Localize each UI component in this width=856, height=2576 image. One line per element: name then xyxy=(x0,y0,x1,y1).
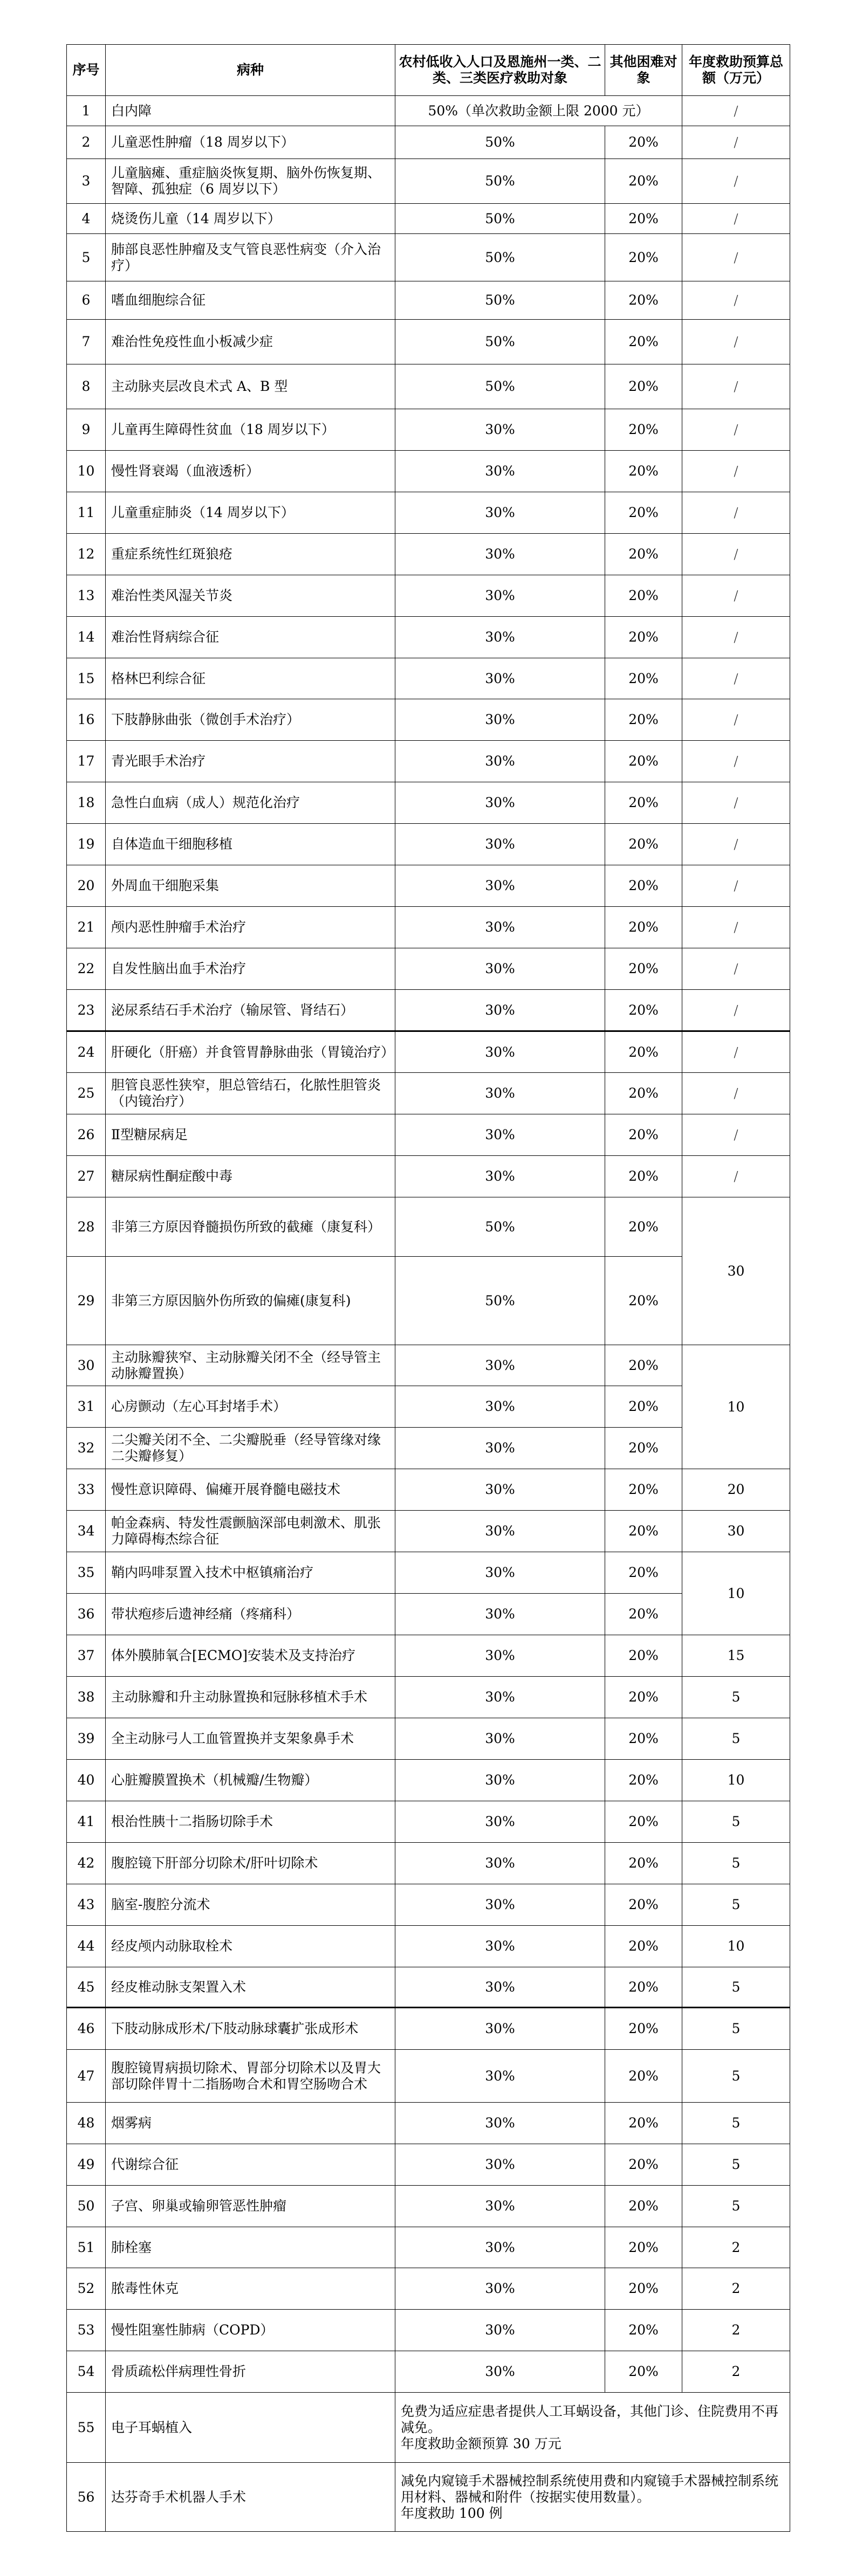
annual-budget-cell: 20 xyxy=(682,1469,790,1511)
budget-not-applicable-cell: / xyxy=(682,617,790,658)
low-income-rate-cell: 30% xyxy=(395,865,605,907)
low-income-rate-cell: 30% xyxy=(395,741,605,782)
serial-number-cell: 28 xyxy=(67,1197,106,1257)
serial-number-cell: 31 xyxy=(67,1386,106,1428)
budget-not-applicable-cell: / xyxy=(682,741,790,782)
budget-not-applicable-cell: / xyxy=(682,451,790,492)
disease-name-cell: 二尖瓣关闭不全、二尖瓣脱垂（经导管缘对缘二尖瓣修复） xyxy=(106,1428,395,1469)
budget-not-applicable-cell: / xyxy=(682,96,790,126)
low-income-rate-cell: 30% xyxy=(395,2103,605,2144)
low-income-rate-cell: 30% xyxy=(395,1926,605,1967)
table-row: 21颅内恶性肿瘤手术治疗30%20%/ xyxy=(67,907,790,948)
serial-number-cell: 27 xyxy=(67,1156,106,1197)
low-income-rate-cell: 30% xyxy=(395,1594,605,1635)
annual-budget-cell: 5 xyxy=(682,2008,790,2050)
serial-number-cell: 4 xyxy=(67,204,106,234)
serial-number-cell: 39 xyxy=(67,1718,106,1760)
other-hardship-rate-cell: 20% xyxy=(605,1967,682,2008)
serial-number-cell: 10 xyxy=(67,451,106,492)
disease-name-cell: Ⅱ型糖尿病足 xyxy=(106,1114,395,1156)
disease-name-cell: 带状疱疹后遗神经痛（疼痛科） xyxy=(106,1594,395,1635)
low-income-rate-cell: 50% xyxy=(395,281,605,320)
medical-assistance-table: 序号 病种 农村低收入人口及恩施州一类、二类、三类医疗救助对象 其他困难对象 年… xyxy=(66,44,790,2532)
header-other-hardship-rate: 其他困难对象 xyxy=(605,45,682,96)
low-income-rate-cell: 30% xyxy=(395,1031,605,1073)
budget-not-applicable-cell: / xyxy=(682,492,790,534)
annual-budget-cell: 2 xyxy=(682,2310,790,2351)
annual-budget-cell: 5 xyxy=(682,1801,790,1843)
disease-name-cell: 慢性阻塞性肺病（COPD） xyxy=(106,2310,395,2351)
serial-number-cell: 49 xyxy=(67,2144,106,2186)
table-row: 48烟雾病30%20%5 xyxy=(67,2103,790,2144)
low-income-rate-cell: 50% xyxy=(395,1257,605,1345)
budget-not-applicable-cell: / xyxy=(682,824,790,865)
serial-number-cell: 23 xyxy=(67,990,106,1031)
serial-number-cell: 35 xyxy=(67,1552,106,1594)
low-income-rate-cell: 30% xyxy=(395,824,605,865)
policy-note-line: 年度救助 100 例 xyxy=(401,2505,784,2522)
table-row: 54骨质疏松伴病理性骨折30%20%2 xyxy=(67,2351,790,2393)
low-income-rate-cell: 30% xyxy=(395,1345,605,1386)
low-income-rate-cell: 30% xyxy=(395,617,605,658)
serial-number-cell: 16 xyxy=(67,699,106,741)
serial-number-cell: 1 xyxy=(67,96,106,126)
budget-not-applicable-cell: / xyxy=(682,658,790,699)
low-income-rate-cell: 30% xyxy=(395,699,605,741)
serial-number-cell: 29 xyxy=(67,1257,106,1345)
other-hardship-rate-cell: 20% xyxy=(605,320,682,364)
serial-number-cell: 2 xyxy=(67,126,106,159)
table-row: 4烧烫伤儿童（14 周岁以下）50%20%/ xyxy=(67,204,790,234)
table-row: 9儿童再生障碍性贫血（18 周岁以下）30%20%/ xyxy=(67,409,790,451)
low-income-rate-cell: 30% xyxy=(395,1635,605,1677)
serial-number-cell: 42 xyxy=(67,1843,106,1884)
serial-number-cell: 37 xyxy=(67,1635,106,1677)
other-hardship-rate-cell: 20% xyxy=(605,364,682,409)
disease-name-cell: 心脏瓣膜置换术（机械瓣/生物瓣） xyxy=(106,1760,395,1801)
low-income-rate-cell: 50% xyxy=(395,204,605,234)
low-income-rate-cell: 30% xyxy=(395,1073,605,1114)
low-income-rate-cell: 30% xyxy=(395,948,605,990)
table-row: 18急性白血病（成人）规范化治疗30%20%/ xyxy=(67,782,790,824)
budget-not-applicable-cell: / xyxy=(682,126,790,159)
low-income-rate-cell: 50% xyxy=(395,126,605,159)
budget-not-applicable-cell: / xyxy=(682,782,790,824)
disease-name-cell: 达芬奇手术机器人手术 xyxy=(106,2463,395,2532)
budget-not-applicable-cell: / xyxy=(682,281,790,320)
annual-budget-cell: 5 xyxy=(682,2103,790,2144)
low-income-rate-cell: 30% xyxy=(395,2268,605,2310)
serial-number-cell: 44 xyxy=(67,1926,106,1967)
other-hardship-rate-cell: 20% xyxy=(605,451,682,492)
budget-not-applicable-cell: / xyxy=(682,204,790,234)
serial-number-cell: 51 xyxy=(67,2227,106,2268)
disease-name-cell: 腹腔镜下肝部分切除术/肝叶切除术 xyxy=(106,1843,395,1884)
budget-not-applicable-cell: / xyxy=(682,907,790,948)
annual-budget-cell: 10 xyxy=(682,1926,790,1967)
low-income-rate-cell: 30% xyxy=(395,1677,605,1718)
low-income-rate-cell: 30% xyxy=(395,1760,605,1801)
serial-number-cell: 36 xyxy=(67,1594,106,1635)
table-row: 15格林巴利综合征30%20%/ xyxy=(67,658,790,699)
low-income-rate-cell: 30% xyxy=(395,409,605,451)
low-income-rate-cell: 30% xyxy=(395,1386,605,1428)
table-row: 34帕金森病、特发性震颤脑深部电刺激术、肌张力障碍梅杰综合征30%20%30 xyxy=(67,1511,790,1552)
disease-name-cell: 脑室-腹腔分流术 xyxy=(106,1884,395,1926)
disease-name-cell: 胆管良恶性狭窄，胆总管结石，化脓性胆管炎（内镜治疗） xyxy=(106,1073,395,1114)
disease-name-cell: 外周血干细胞采集 xyxy=(106,865,395,907)
other-hardship-rate-cell: 20% xyxy=(605,1843,682,1884)
other-hardship-rate-cell: 20% xyxy=(605,1031,682,1073)
serial-number-cell: 50 xyxy=(67,2186,106,2227)
serial-number-cell: 14 xyxy=(67,617,106,658)
serial-number-cell: 33 xyxy=(67,1469,106,1511)
table-row: 12重症系统性红斑狼疮30%20%/ xyxy=(67,534,790,575)
disease-name-cell: 肝硬化（肝癌）并食管胃静脉曲张（胃镜治疗） xyxy=(106,1031,395,1073)
disease-name-cell: 经皮椎动脉支架置入术 xyxy=(106,1967,395,2008)
table-body: 1白内障50%（单次救助金额上限 2000 元）/2儿童恶性肿瘤（18 周岁以下… xyxy=(67,96,790,2532)
low-income-rate-cell: 50% xyxy=(395,320,605,364)
other-hardship-rate-cell: 20% xyxy=(605,1635,682,1677)
other-hardship-rate-cell: 20% xyxy=(605,907,682,948)
budget-not-applicable-cell: / xyxy=(682,699,790,741)
other-hardship-rate-cell: 20% xyxy=(605,1884,682,1926)
disease-name-cell: 子宫、卵巢或输卵管恶性肿瘤 xyxy=(106,2186,395,2227)
table-row: 51肺栓塞30%20%2 xyxy=(67,2227,790,2268)
serial-number-cell: 15 xyxy=(67,658,106,699)
low-income-rate-cell: 30% xyxy=(395,1884,605,1926)
other-hardship-rate-cell: 20% xyxy=(605,1073,682,1114)
serial-number-cell: 46 xyxy=(67,2008,106,2050)
annual-budget-cell: 2 xyxy=(682,2227,790,2268)
annual-budget-cell: 15 xyxy=(682,1635,790,1677)
disease-name-cell: 慢性意识障碍、偏瘫开展脊髓电磁技术 xyxy=(106,1469,395,1511)
low-income-rate-cell: 30% xyxy=(395,2144,605,2186)
low-income-rate-cell: 30% xyxy=(395,575,605,617)
annual-budget-cell: 5 xyxy=(682,1967,790,2008)
serial-number-cell: 40 xyxy=(67,1760,106,1801)
disease-name-cell: 腹腔镜胃病损切除术、胃部分切除术以及胃大部切除伴胃十二指肠吻合术和胃空肠吻合术 xyxy=(106,2050,395,2103)
disease-name-cell: 儿童脑瘫、重症脑炎恢复期、脑外伤恢复期、智障、孤独症（6 周岁以下） xyxy=(106,159,395,204)
table-row: 44经皮颅内动脉取栓术30%20%10 xyxy=(67,1926,790,1967)
other-hardship-rate-cell: 20% xyxy=(605,2144,682,2186)
disease-name-cell: 电子耳蜗植入 xyxy=(106,2393,395,2463)
other-hardship-rate-cell: 20% xyxy=(605,1114,682,1156)
disease-name-cell: 下肢静脉曲张（微创手术治疗） xyxy=(106,699,395,741)
disease-name-cell: 肺栓塞 xyxy=(106,2227,395,2268)
low-income-rate-cell: 30% xyxy=(395,2008,605,2050)
serial-number-cell: 5 xyxy=(67,234,106,281)
serial-number-cell: 12 xyxy=(67,534,106,575)
table-row: 22自发性脑出血手术治疗30%20%/ xyxy=(67,948,790,990)
table-row: 38主动脉瓣和升主动脉置换和冠脉移植术手术30%20%5 xyxy=(67,1677,790,1718)
serial-number-cell: 30 xyxy=(67,1345,106,1386)
other-hardship-rate-cell: 20% xyxy=(605,1926,682,1967)
low-income-rate-cell: 30% xyxy=(395,1156,605,1197)
serial-number-cell: 17 xyxy=(67,741,106,782)
serial-number-cell: 54 xyxy=(67,2351,106,2393)
table-row: 14难治性肾病综合征30%20%/ xyxy=(67,617,790,658)
other-hardship-rate-cell: 20% xyxy=(605,126,682,159)
other-hardship-rate-cell: 20% xyxy=(605,782,682,824)
low-income-rate-cell: 30% xyxy=(395,2050,605,2103)
other-hardship-rate-cell: 20% xyxy=(605,1677,682,1718)
table-row: 29非第三方原因脑外伤所致的偏瘫(康复科)50%20% xyxy=(67,1257,790,1345)
other-hardship-rate-cell: 20% xyxy=(605,1386,682,1428)
other-hardship-rate-cell: 20% xyxy=(605,492,682,534)
budget-not-applicable-cell: / xyxy=(682,1114,790,1156)
disease-name-cell: 难治性肾病综合征 xyxy=(106,617,395,658)
other-hardship-rate-cell: 20% xyxy=(605,234,682,281)
annual-budget-cell: 5 xyxy=(682,1884,790,1926)
disease-name-cell: 经皮颅内动脉取栓术 xyxy=(106,1926,395,1967)
policy-note-line: 免费为适应症患者提供人工耳蜗设备，其他门诊、住院费用不再减免。 xyxy=(401,2403,784,2436)
other-hardship-rate-cell: 20% xyxy=(605,699,682,741)
annual-budget-cell: 5 xyxy=(682,1843,790,1884)
table-row: 45经皮椎动脉支架置入术30%20%5 xyxy=(67,1967,790,2008)
annual-budget-cell: 30 xyxy=(682,1197,790,1345)
disease-name-cell: 烟雾病 xyxy=(106,2103,395,2144)
table-row: 5肺部良恶性肿瘤及支气管良恶性病变（介入治疗）50%20%/ xyxy=(67,234,790,281)
header-disease-type: 病种 xyxy=(106,45,395,96)
budget-not-applicable-cell: / xyxy=(682,575,790,617)
disease-name-cell: 全主动脉弓人工血管置换并支架象鼻手术 xyxy=(106,1718,395,1760)
annual-budget-cell: 5 xyxy=(682,2144,790,2186)
disease-name-cell: 格林巴利综合征 xyxy=(106,658,395,699)
other-hardship-rate-cell: 20% xyxy=(605,990,682,1031)
low-income-rate-cell: 30% xyxy=(395,1552,605,1594)
table-row: 39全主动脉弓人工血管置换并支架象鼻手术30%20%5 xyxy=(67,1718,790,1760)
table-row: 42腹腔镜下肝部分切除术/肝叶切除术30%20%5 xyxy=(67,1843,790,1884)
table-row: 56达芬奇手术机器人手术减免内窥镜手术器械控制系统使用费和内窥镜手术器械控制系统… xyxy=(67,2463,790,2532)
low-income-rate-cell: 50% xyxy=(395,1197,605,1257)
other-hardship-rate-cell: 20% xyxy=(605,159,682,204)
other-hardship-rate-cell: 20% xyxy=(605,281,682,320)
table-row: 49代谢综合征30%20%5 xyxy=(67,2144,790,2186)
table-row: 1白内障50%（单次救助金额上限 2000 元）/ xyxy=(67,96,790,126)
table-row: 30主动脉瓣狭窄、主动脉瓣关闭不全（经导管主动脉瓣置换）30%20%10 xyxy=(67,1345,790,1386)
header-annual-budget: 年度救助预算总额（万元） xyxy=(682,45,790,96)
other-hardship-rate-cell: 20% xyxy=(605,534,682,575)
budget-not-applicable-cell: / xyxy=(682,409,790,451)
table-row: 40心脏瓣膜置换术（机械瓣/生物瓣）30%20%10 xyxy=(67,1760,790,1801)
annual-budget-cell: 2 xyxy=(682,2268,790,2310)
other-hardship-rate-cell: 20% xyxy=(605,617,682,658)
table-row: 26Ⅱ型糖尿病足30%20%/ xyxy=(67,1114,790,1156)
other-hardship-rate-cell: 20% xyxy=(605,1197,682,1257)
serial-number-cell: 38 xyxy=(67,1677,106,1718)
disease-name-cell: 体外膜肺氧合[ECMO]安装术及支持治疗 xyxy=(106,1635,395,1677)
disease-name-cell: 嗜血细胞综合征 xyxy=(106,281,395,320)
serial-number-cell: 26 xyxy=(67,1114,106,1156)
table-row: 17青光眼手术治疗30%20%/ xyxy=(67,741,790,782)
policy-note-cell: 免费为适应症患者提供人工耳蜗设备，其他门诊、住院费用不再减免。年度救助金额预算 … xyxy=(395,2393,790,2463)
serial-number-cell: 55 xyxy=(67,2393,106,2463)
serial-number-cell: 11 xyxy=(67,492,106,534)
table-row: 8主动脉夹层改良术式 A、B 型50%20%/ xyxy=(67,364,790,409)
table-row: 32二尖瓣关闭不全、二尖瓣脱垂（经导管缘对缘二尖瓣修复）30%20% xyxy=(67,1428,790,1469)
disease-name-cell: 儿童恶性肿瘤（18 周岁以下） xyxy=(106,126,395,159)
low-income-rate-cell: 30% xyxy=(395,782,605,824)
other-hardship-rate-cell: 20% xyxy=(605,2103,682,2144)
table-header-row: 序号 病种 农村低收入人口及恩施州一类、二类、三类医疗救助对象 其他困难对象 年… xyxy=(67,45,790,96)
low-income-rate-cell: 30% xyxy=(395,1428,605,1469)
disease-name-cell: 自发性脑出血手术治疗 xyxy=(106,948,395,990)
other-hardship-rate-cell: 20% xyxy=(605,1594,682,1635)
policy-note-line: 年度救助金额预算 30 万元 xyxy=(401,2436,784,2452)
other-hardship-rate-cell: 20% xyxy=(605,409,682,451)
disease-name-cell: 代谢综合征 xyxy=(106,2144,395,2186)
other-hardship-rate-cell: 20% xyxy=(605,2050,682,2103)
table-row: 10慢性肾衰竭（血液透析）30%20%/ xyxy=(67,451,790,492)
serial-number-cell: 19 xyxy=(67,824,106,865)
table-row: 41根治性胰十二指肠切除手术30%20%5 xyxy=(67,1801,790,1843)
disease-name-cell: 慢性肾衰竭（血液透析） xyxy=(106,451,395,492)
other-hardship-rate-cell: 20% xyxy=(605,741,682,782)
budget-not-applicable-cell: / xyxy=(682,1073,790,1114)
low-income-rate-cell: 30% xyxy=(395,534,605,575)
disease-name-cell: 骨质疏松伴病理性骨折 xyxy=(106,2351,395,2393)
table-row: 31心房颤动（左心耳封堵手术）30%20% xyxy=(67,1386,790,1428)
serial-number-cell: 22 xyxy=(67,948,106,990)
disease-name-cell: 非第三方原因脊髓损伤所致的截瘫（康复科） xyxy=(106,1197,395,1257)
disease-name-cell: 急性白血病（成人）规范化治疗 xyxy=(106,782,395,824)
low-income-rate-cell: 50% xyxy=(395,364,605,409)
table-row: 13难治性类风湿关节炎30%20%/ xyxy=(67,575,790,617)
disease-name-cell: 泌尿系结石手术治疗（输尿管、肾结石） xyxy=(106,990,395,1031)
serial-number-cell: 53 xyxy=(67,2310,106,2351)
serial-number-cell: 47 xyxy=(67,2050,106,2103)
header-serial-number: 序号 xyxy=(67,45,106,96)
budget-not-applicable-cell: / xyxy=(682,234,790,281)
other-hardship-rate-cell: 20% xyxy=(605,1552,682,1594)
low-income-rate-cell: 30% xyxy=(395,1801,605,1843)
budget-not-applicable-cell: / xyxy=(682,1156,790,1197)
table-row: 20外周血干细胞采集30%20%/ xyxy=(67,865,790,907)
table-row: 47腹腔镜胃病损切除术、胃部分切除术以及胃大部切除伴胃十二指肠吻合术和胃空肠吻合… xyxy=(67,2050,790,2103)
serial-number-cell: 48 xyxy=(67,2103,106,2144)
other-hardship-rate-cell: 20% xyxy=(605,1718,682,1760)
disease-name-cell: 自体造血干细胞移植 xyxy=(106,824,395,865)
serial-number-cell: 32 xyxy=(67,1428,106,1469)
serial-number-cell: 7 xyxy=(67,320,106,364)
serial-number-cell: 52 xyxy=(67,2268,106,2310)
annual-budget-cell: 10 xyxy=(682,1760,790,1801)
other-hardship-rate-cell: 20% xyxy=(605,1760,682,1801)
annual-budget-cell: 30 xyxy=(682,1511,790,1552)
disease-name-cell: 肺部良恶性肿瘤及支气管良恶性病变（介入治疗） xyxy=(106,234,395,281)
table-row: 36带状疱疹后遗神经痛（疼痛科）30%20% xyxy=(67,1594,790,1635)
table-row: 25胆管良恶性狭窄，胆总管结石，化脓性胆管炎（内镜治疗）30%20%/ xyxy=(67,1073,790,1114)
annual-budget-cell: 2 xyxy=(682,2351,790,2393)
table-row: 33慢性意识障碍、偏瘫开展脊髓电磁技术30%20%20 xyxy=(67,1469,790,1511)
serial-number-cell: 34 xyxy=(67,1511,106,1552)
other-hardship-rate-cell: 20% xyxy=(605,1511,682,1552)
other-hardship-rate-cell: 20% xyxy=(605,824,682,865)
other-hardship-rate-cell: 20% xyxy=(605,2268,682,2310)
low-income-rate-cell: 30% xyxy=(395,2186,605,2227)
low-income-rate-cell: 30% xyxy=(395,1511,605,1552)
other-hardship-rate-cell: 20% xyxy=(605,1469,682,1511)
other-hardship-rate-cell: 20% xyxy=(605,658,682,699)
other-hardship-rate-cell: 20% xyxy=(605,204,682,234)
disease-name-cell: 青光眼手术治疗 xyxy=(106,741,395,782)
disease-name-cell: 儿童重症肺炎（14 周岁以下） xyxy=(106,492,395,534)
annual-budget-cell: 10 xyxy=(682,1345,790,1469)
serial-number-cell: 43 xyxy=(67,1884,106,1926)
disease-name-cell: 脓毒性休克 xyxy=(106,2268,395,2310)
budget-not-applicable-cell: / xyxy=(682,364,790,409)
serial-number-cell: 45 xyxy=(67,1967,106,2008)
other-hardship-rate-cell: 20% xyxy=(605,2310,682,2351)
disease-name-cell: 难治性免疫性血小板减少症 xyxy=(106,320,395,364)
low-income-rate-cell: 50% xyxy=(395,159,605,204)
other-hardship-rate-cell: 20% xyxy=(605,575,682,617)
low-income-rate-cell: 30% xyxy=(395,2351,605,2393)
policy-note-cell: 减免内窥镜手术器械控制系统使用费和内窥镜手术器械控制系统用材料、器械和附件（按据… xyxy=(395,2463,790,2532)
disease-name-cell: 主动脉瓣和升主动脉置换和冠脉移植术手术 xyxy=(106,1677,395,1718)
disease-name-cell: 儿童再生障碍性贫血（18 周岁以下） xyxy=(106,409,395,451)
serial-number-cell: 20 xyxy=(67,865,106,907)
low-income-rate-cell: 30% xyxy=(395,1843,605,1884)
low-income-rate-cell: 30% xyxy=(395,451,605,492)
table-row: 37体外膜肺氧合[ECMO]安装术及支持治疗30%20%15 xyxy=(67,1635,790,1677)
table-row: 27糖尿病性酮症酸中毒30%20%/ xyxy=(67,1156,790,1197)
merged-rate-cell: 50%（单次救助金额上限 2000 元） xyxy=(395,96,682,126)
budget-not-applicable-cell: / xyxy=(682,320,790,364)
disease-name-cell: 鞘内吗啡泵置入技术中枢镇痛治疗 xyxy=(106,1552,395,1594)
table-row: 43脑室-腹腔分流术30%20%5 xyxy=(67,1884,790,1926)
table-row: 11儿童重症肺炎（14 周岁以下）30%20%/ xyxy=(67,492,790,534)
annual-budget-cell: 5 xyxy=(682,1718,790,1760)
table-row: 3儿童脑瘫、重症脑炎恢复期、脑外伤恢复期、智障、孤独症（6 周岁以下）50%20… xyxy=(67,159,790,204)
low-income-rate-cell: 30% xyxy=(395,2227,605,2268)
disease-name-cell: 白内障 xyxy=(106,96,395,126)
low-income-rate-cell: 30% xyxy=(395,2310,605,2351)
budget-not-applicable-cell: / xyxy=(682,865,790,907)
disease-name-cell: 重症系统性红斑狼疮 xyxy=(106,534,395,575)
other-hardship-rate-cell: 20% xyxy=(605,1257,682,1345)
policy-note-line: 减免内窥镜手术器械控制系统使用费和内窥镜手术器械控制系统用材料、器械和附件（按据… xyxy=(401,2473,784,2505)
serial-number-cell: 41 xyxy=(67,1801,106,1843)
table-row: 50子宫、卵巢或输卵管恶性肿瘤30%20%5 xyxy=(67,2186,790,2227)
table-row: 53慢性阻塞性肺病（COPD）30%20%2 xyxy=(67,2310,790,2351)
table-row: 28非第三方原因脊髓损伤所致的截瘫（康复科）50%20%30 xyxy=(67,1197,790,1257)
table-row: 16下肢静脉曲张（微创手术治疗）30%20%/ xyxy=(67,699,790,741)
other-hardship-rate-cell: 20% xyxy=(605,2351,682,2393)
disease-name-cell: 根治性胰十二指肠切除手术 xyxy=(106,1801,395,1843)
low-income-rate-cell: 30% xyxy=(395,1718,605,1760)
budget-not-applicable-cell: / xyxy=(682,1031,790,1073)
disease-name-cell: 帕金森病、特发性震颤脑深部电刺激术、肌张力障碍梅杰综合征 xyxy=(106,1511,395,1552)
disease-name-cell: 难治性类风湿关节炎 xyxy=(106,575,395,617)
budget-not-applicable-cell: / xyxy=(682,990,790,1031)
disease-name-cell: 非第三方原因脑外伤所致的偏瘫(康复科) xyxy=(106,1257,395,1345)
table-row: 19自体造血干细胞移植30%20%/ xyxy=(67,824,790,865)
table-row: 23泌尿系结石手术治疗（输尿管、肾结石）30%20%/ xyxy=(67,990,790,1031)
serial-number-cell: 18 xyxy=(67,782,106,824)
serial-number-cell: 21 xyxy=(67,907,106,948)
serial-number-cell: 9 xyxy=(67,409,106,451)
low-income-rate-cell: 30% xyxy=(395,1114,605,1156)
other-hardship-rate-cell: 20% xyxy=(605,1801,682,1843)
budget-not-applicable-cell: / xyxy=(682,159,790,204)
annual-budget-cell: 5 xyxy=(682,2050,790,2103)
other-hardship-rate-cell: 20% xyxy=(605,1345,682,1386)
table-row: 2儿童恶性肿瘤（18 周岁以下）50%20%/ xyxy=(67,126,790,159)
disease-name-cell: 主动脉瓣狭窄、主动脉瓣关闭不全（经导管主动脉瓣置换） xyxy=(106,1345,395,1386)
other-hardship-rate-cell: 20% xyxy=(605,2186,682,2227)
